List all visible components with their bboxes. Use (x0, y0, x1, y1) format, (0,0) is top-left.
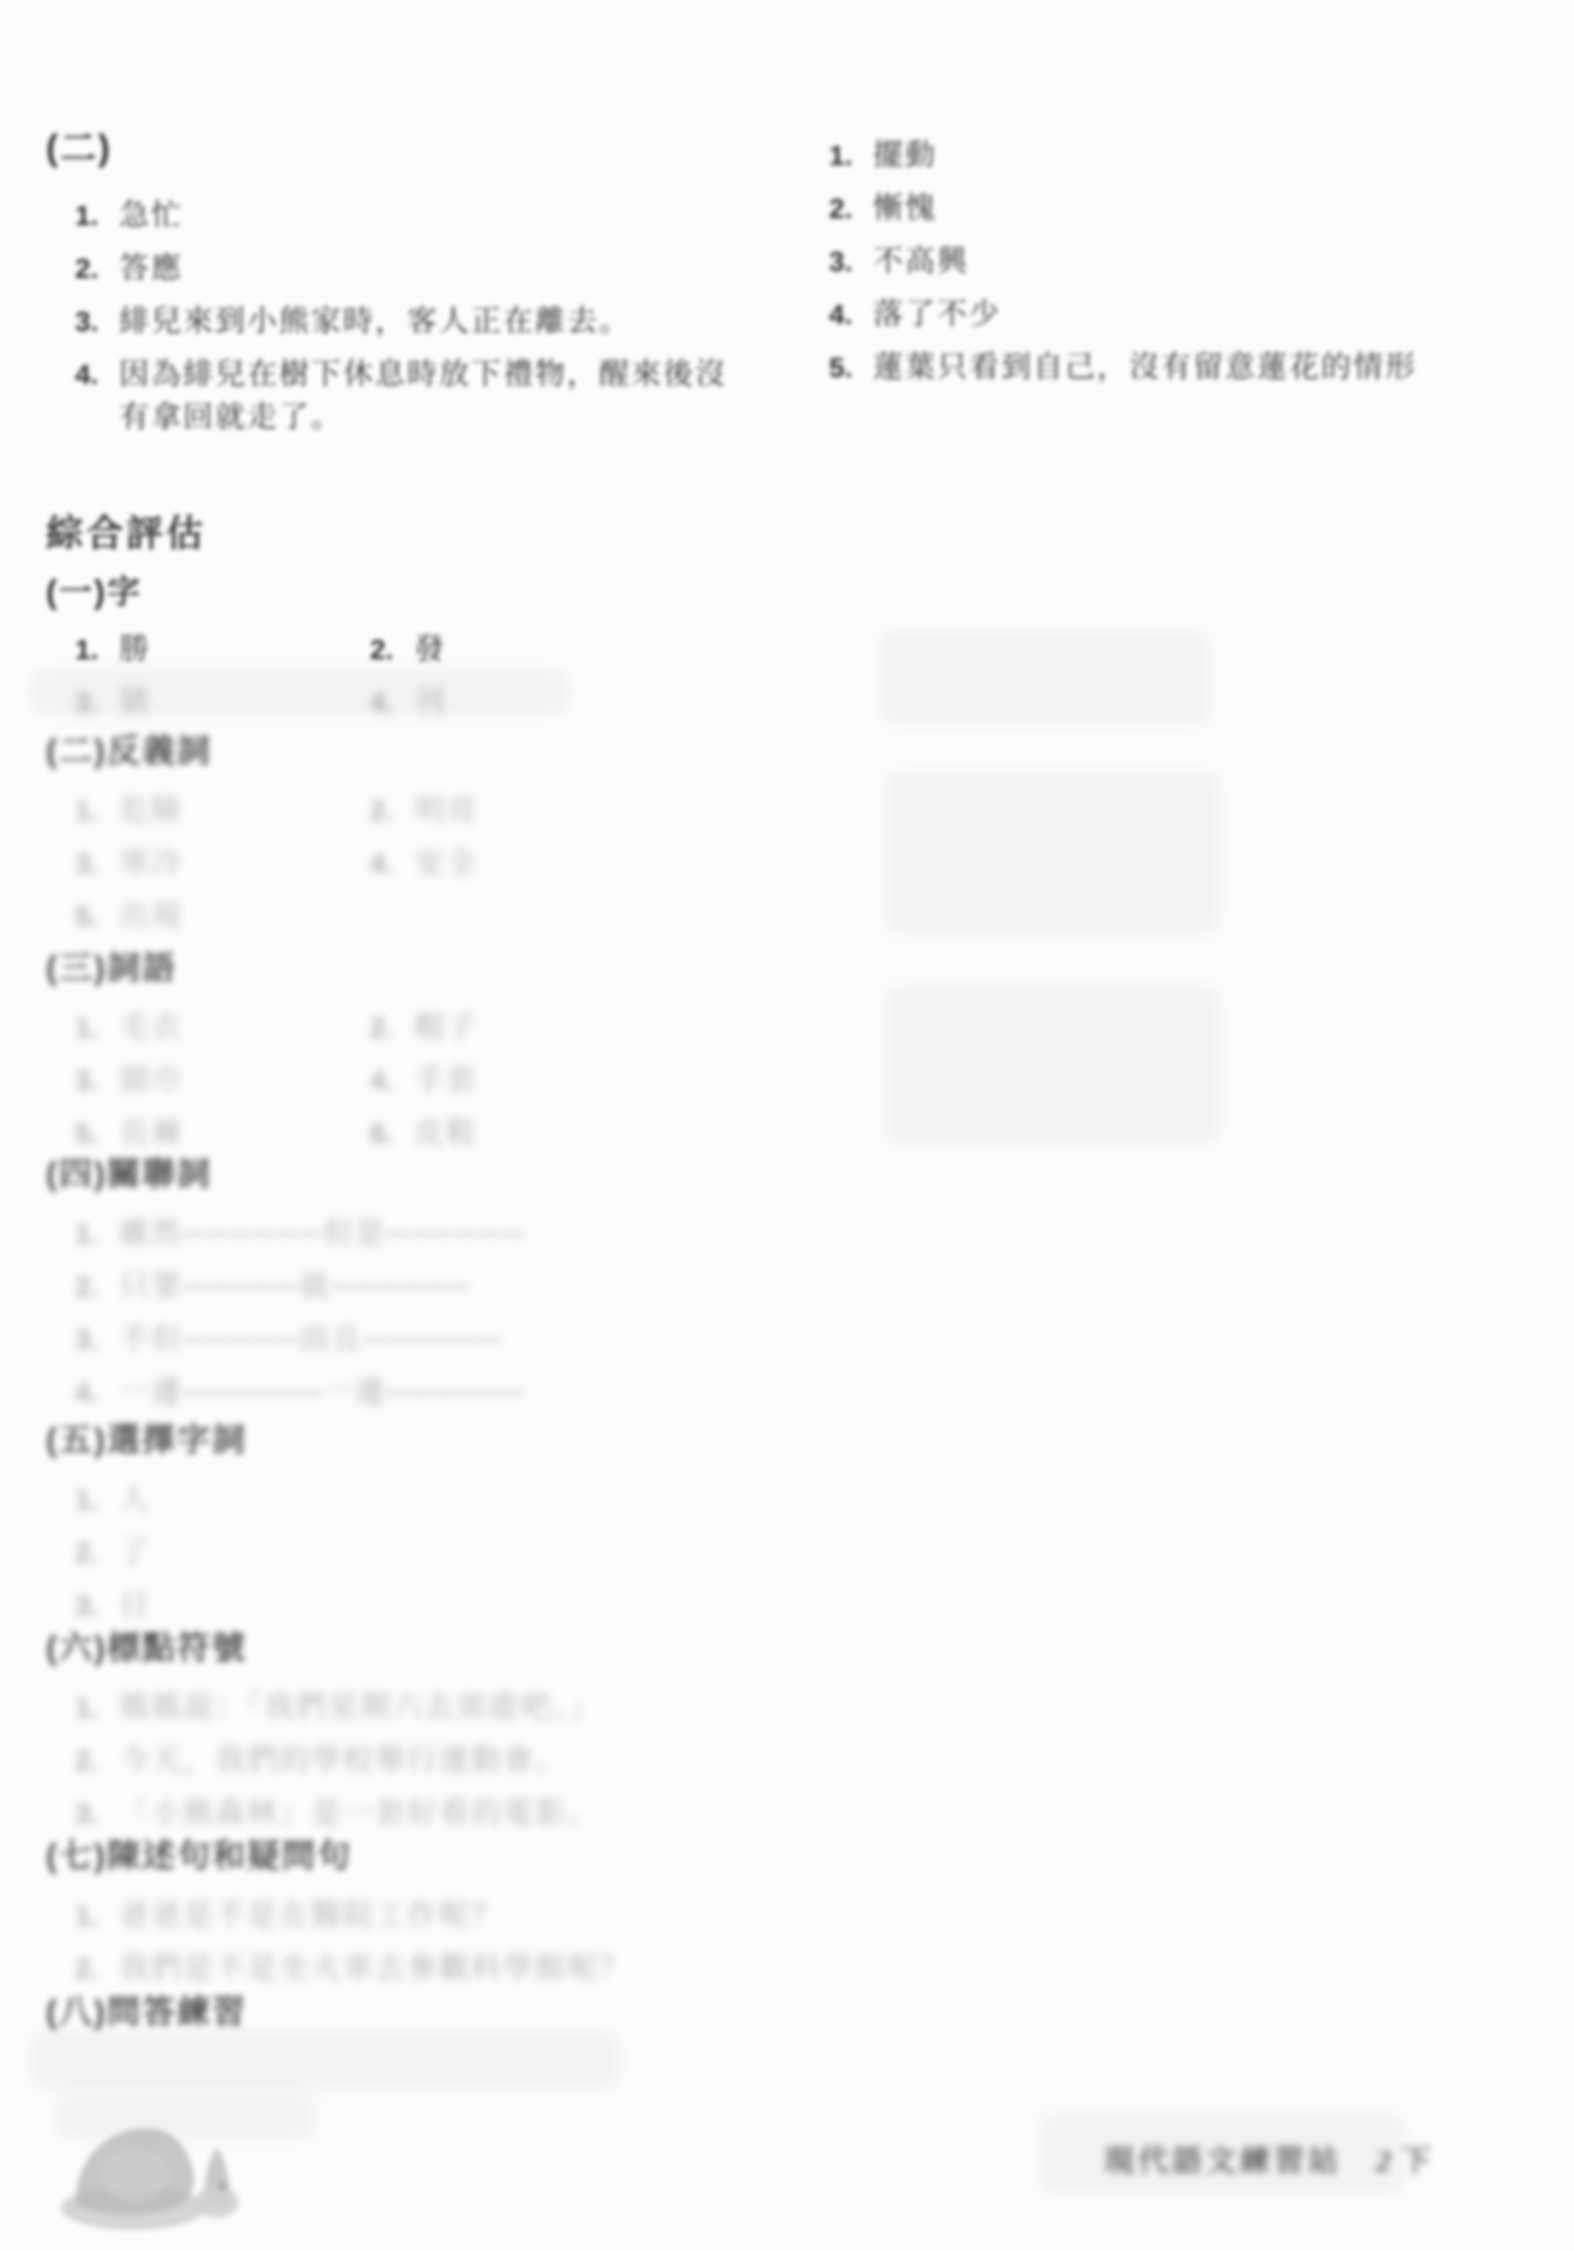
item-text: 雖然──────但是────── (119, 1212, 1046, 1255)
section-4-conjunctions: (四)關聯詞 1.雖然──────但是────── 2.只要─────就────… (46, 1154, 1046, 1424)
answer-item: 2.我們是不是坐火車去參觀科學館呢？ (46, 1947, 1246, 1990)
section-6-punctuation: (六)標點符號 1.媽媽說：「我們星期六去郊遊吧。」 2.今天，我們的學校舉行運… (46, 1628, 1246, 1845)
answer-item: 3.不但─────而且────── (46, 1318, 1046, 1361)
item-number: 3. (75, 681, 119, 724)
answer-item: 2. 慚愧 (800, 187, 1570, 230)
answer-cell: 1.毛衣 (75, 1006, 370, 1049)
section-heading: (二)反義詞 (46, 731, 946, 771)
item-text: 危險 (119, 789, 370, 832)
item-number: 3. (75, 1584, 119, 1627)
answer-item: 1.媽媽說：「我們星期六去郊遊吧。」 (46, 1686, 1246, 1729)
edition-suffix: 下 (1401, 2136, 1435, 2180)
item-number: 2. (75, 1531, 119, 1574)
heading-paren: (八) (46, 1993, 107, 2030)
section-5-word-choice: (五)選擇字詞 1.人 2.了 3.日 (46, 1420, 746, 1637)
item-number: 4. (75, 353, 119, 396)
assessment-title: 綜合評估 (46, 512, 206, 556)
answer-cell: 3.猜 (75, 681, 370, 724)
item-number: 1. (75, 1006, 119, 1049)
item-number: 5. (829, 346, 873, 389)
answer-item: 3.「小熊森林」是一套好看的電影。 (46, 1792, 1246, 1835)
item-text: 爸爸是不是在醫院工作呢？ (119, 1894, 1246, 1937)
answer-cell: 4.手套 (370, 1059, 730, 1102)
answer-cell: 2.帽子 (370, 1006, 730, 1049)
answer-cell: 3.寒冷 (75, 842, 370, 885)
item-number: 6. (370, 1112, 414, 1155)
item-text: 帽子 (414, 1006, 730, 1049)
heading-label: 關聯詞 (107, 1155, 212, 1192)
heading-paren: (二) (46, 732, 107, 769)
section-heading: (四)關聯詞 (46, 1154, 1046, 1194)
answer-item: 4. 落了不少 (800, 293, 1570, 336)
item-number: 1. (75, 1478, 119, 1521)
item-text: 一邊──────一邊────── (119, 1371, 1046, 1414)
heading-paren: (五) (46, 1421, 107, 1458)
section-heading: (三)詞語 (46, 948, 946, 988)
item-text: 刊 (414, 681, 730, 724)
answers-right-column: 1. 擺動 2. 慚愧 3. 不高興 4. 落了不少 5. 蓮葉只看到自己，沒有… (800, 134, 1570, 399)
item-number: 5. (75, 895, 119, 938)
footer-page-label: 現代語文練習站 2 下 (1055, 2136, 1435, 2180)
heading-label: 問答練習 (107, 1993, 247, 2030)
heading-label: 選擇字詞 (107, 1421, 247, 1458)
item-text: 了 (119, 1531, 746, 1574)
item-text: 頸巾 (119, 1059, 370, 1102)
snail-logo-graphic (55, 2090, 255, 2240)
answer-cell: 1.危險 (75, 789, 370, 832)
answer-cell: 6.皮鞋 (370, 1112, 730, 1155)
item-text: 手套 (414, 1059, 730, 1102)
heading-label: 陳述句和疑問句 (107, 1837, 352, 1874)
answer-row: 1.勝 2.發 (46, 628, 946, 671)
item-number: 2. (75, 1265, 119, 1308)
item-text: 緋兒來到小熊家時，客人正在離去。 (119, 300, 766, 343)
answer-cell: 1.勝 (75, 628, 370, 671)
item-text: 皮鞋 (414, 1112, 730, 1155)
heading-label: 詞語 (107, 949, 177, 986)
answer-row: 3.寒冷 4.安全 (46, 842, 946, 885)
answer-item: 4.一邊──────一邊────── (46, 1371, 1046, 1414)
item-text: 發 (414, 628, 730, 671)
item-text: 不高興 (873, 240, 1570, 283)
item-number: 4. (370, 842, 414, 885)
item-text: 答應 (119, 247, 766, 290)
item-number: 5. (75, 1112, 119, 1155)
answers-part-2: (二) 1. 急忙 2. 答應 3. 緋兒來到小熊家時，客人正在離去。 4. 因… (46, 128, 766, 449)
item-text: 因為緋兒在樹下休息時放下禮物，醒來後沒有拿回就走了。 (119, 353, 749, 439)
edition-label: 2 下 (1376, 2136, 1435, 2180)
answer-item: 3. 不高興 (800, 240, 1570, 283)
section-1-characters: (一)字 1.勝 2.發 3.猜 4.刊 (46, 572, 946, 734)
item-text: 毛衣 (119, 1006, 370, 1049)
series-title: 現代語文練習站 (1104, 2136, 1342, 2180)
answer-row: 1.毛衣 2.帽子 (46, 1006, 946, 1049)
item-number: 2. (75, 1947, 119, 1990)
item-number: 1. (829, 134, 873, 177)
item-text: 急忙 (119, 194, 766, 237)
item-text: 不但─────而且────── (119, 1318, 1046, 1361)
item-text: 寒冷 (119, 842, 370, 885)
answer-cell: 4.安全 (370, 842, 730, 885)
item-number: 3. (75, 1792, 119, 1835)
answer-item: 2.了 (46, 1531, 746, 1574)
item-number: 1. (75, 628, 119, 671)
edition-number: 2 (1376, 2145, 1395, 2179)
section-heading: (一)字 (46, 572, 946, 612)
answer-item: 5. 蓮葉只看到自己，沒有留意蓮花的情形 (800, 346, 1570, 389)
item-text: 勝 (119, 628, 370, 671)
heading-paren: (六) (46, 1629, 107, 1666)
answer-item: 4. 因為緋兒在樹下休息時放下禮物，醒來後沒有拿回就走了。 (46, 353, 766, 439)
item-number: 2. (829, 187, 873, 230)
item-number: 1. (75, 1686, 119, 1729)
answer-item: 1.雖然──────但是────── (46, 1212, 1046, 1255)
item-number: 2. (370, 1006, 414, 1049)
section-heading: (七)陳述句和疑問句 (46, 1836, 1246, 1876)
item-text: 只要─────就────── (119, 1265, 1046, 1308)
item-text: 安全 (414, 842, 730, 885)
answer-item: 1. 急忙 (46, 194, 766, 237)
item-text: 蓮葉只看到自己，沒有留意蓮花的情形 (873, 346, 1570, 389)
answer-item: 2. 答應 (46, 247, 766, 290)
answer-item: 1. 擺動 (800, 134, 1570, 177)
item-text: 我們是不是坐火車去參觀科學館呢？ (119, 1947, 1246, 1990)
item-text: 長褲 (119, 1112, 370, 1155)
answer-item: 2.只要─────就────── (46, 1265, 1046, 1308)
section-heading: (六)標點符號 (46, 1628, 1246, 1668)
item-number: 1. (75, 194, 119, 237)
heading-label: 標點符號 (107, 1629, 247, 1666)
heading-paren: (三) (46, 949, 107, 986)
answer-item: 1.爸爸是不是在醫院工作呢？ (46, 1894, 1246, 1937)
item-number: 3. (75, 1318, 119, 1361)
worksheet-answer-page: (二) 1. 急忙 2. 答應 3. 緋兒來到小熊家時，客人正在離去。 4. 因… (0, 0, 1574, 2251)
answer-row: 5.出現 (46, 895, 946, 938)
item-text: 明亮 (414, 789, 730, 832)
item-number: 4. (370, 681, 414, 724)
item-number: 3. (75, 1059, 119, 1102)
part-2-heading: (二) (46, 128, 766, 168)
answer-cell: 2.明亮 (370, 789, 730, 832)
item-text: 「小熊森林」是一套好看的電影。 (119, 1792, 1246, 1835)
section-3-vocabulary: (三)詞語 1.毛衣 2.帽子 3.頸巾 4.手套 5.長褲 6.皮鞋 (46, 948, 946, 1165)
item-number: 2. (75, 247, 119, 290)
item-number: 4. (370, 1059, 414, 1102)
section-7-sentence-types: (七)陳述句和疑問句 1.爸爸是不是在醫院工作呢？ 2.我們是不是坐火車去參觀科… (46, 1836, 1246, 2000)
section-heading: (八)問答練習 (46, 1992, 746, 2032)
item-number: 1. (75, 1894, 119, 1937)
heading-label: 反義詞 (107, 732, 212, 769)
answer-item: 2.今天，我們的學校舉行運動會。 (46, 1739, 1246, 1782)
item-number: 4. (75, 1371, 119, 1414)
item-text: 慚愧 (873, 187, 1570, 230)
answer-item: 3.日 (46, 1584, 746, 1627)
heading-paren: (一) (46, 573, 107, 610)
section-2-antonyms: (二)反義詞 1.危險 2.明亮 3.寒冷 4.安全 5.出現 (46, 731, 946, 948)
item-text: 媽媽說：「我們星期六去郊遊吧。」 (119, 1686, 1246, 1729)
item-number: 3. (75, 842, 119, 885)
item-number: 2. (370, 789, 414, 832)
heading-paren: (七) (46, 1837, 107, 1874)
answer-cell: 5.出現 (75, 895, 370, 938)
answer-cell: 4.刊 (370, 681, 730, 724)
item-number: 4. (829, 293, 873, 336)
answer-row: 1.危險 2.明亮 (46, 789, 946, 832)
scan-smudge (30, 2030, 620, 2090)
item-text: 日 (119, 1584, 746, 1627)
item-number: 3. (75, 300, 119, 343)
mascot-logo-snail (55, 2090, 255, 2245)
answer-row: 5.長褲 6.皮鞋 (46, 1112, 946, 1155)
item-text: 擺動 (873, 134, 1570, 177)
answer-row: 3.猜 4.刊 (46, 681, 946, 724)
item-text: 今天，我們的學校舉行運動會。 (119, 1739, 1246, 1782)
item-number: 3. (829, 240, 873, 283)
answer-cell: 2.發 (370, 628, 730, 671)
item-number: 2. (370, 628, 414, 671)
answer-cell: 3.頸巾 (75, 1059, 370, 1102)
answer-cell: 5.長褲 (75, 1112, 370, 1155)
section-heading: (五)選擇字詞 (46, 1420, 746, 1460)
item-text: 出現 (119, 895, 370, 938)
item-number: 1. (75, 789, 119, 832)
item-number: 1. (75, 1212, 119, 1255)
answer-row: 3.頸巾 4.手套 (46, 1059, 946, 1102)
item-text: 猜 (119, 681, 370, 724)
heading-paren: (四) (46, 1155, 107, 1192)
section-8-qa-practice: (八)問答練習 (46, 1992, 746, 2032)
answer-item: 3. 緋兒來到小熊家時，客人正在離去。 (46, 300, 766, 343)
item-number: 2. (75, 1739, 119, 1782)
item-text: 落了不少 (873, 293, 1570, 336)
item-text: 人 (119, 1478, 746, 1521)
heading-label: 字 (107, 573, 142, 610)
answer-item: 1.人 (46, 1478, 746, 1521)
